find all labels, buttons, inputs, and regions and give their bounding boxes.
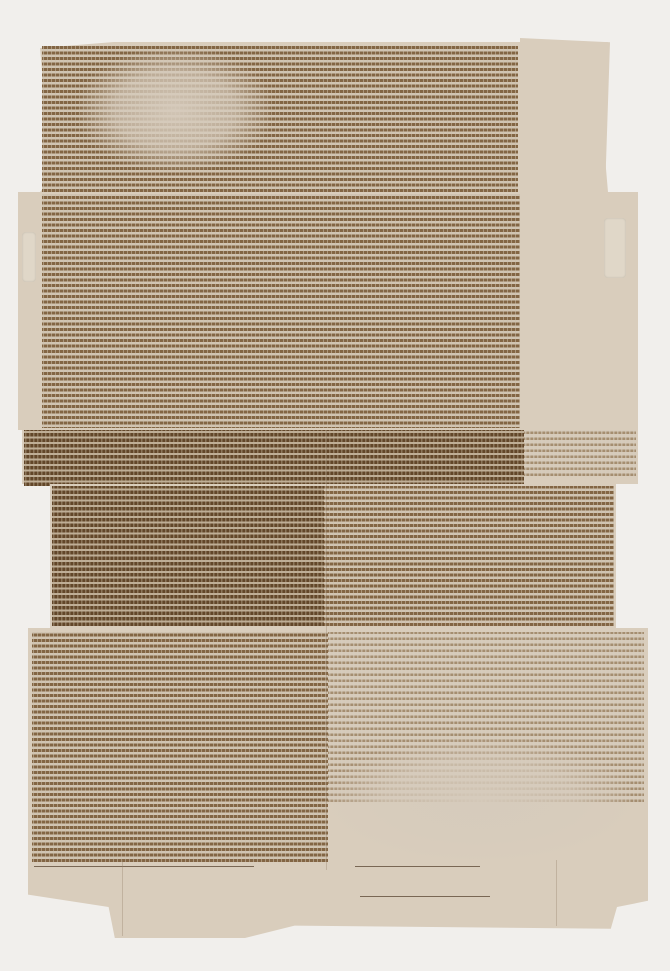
print-rule	[360, 896, 490, 897]
faded-area	[80, 50, 270, 170]
tape-right	[604, 218, 626, 278]
fold-line	[556, 860, 557, 926]
cardboard-right-tab-top	[520, 38, 610, 178]
tape-left	[22, 232, 36, 282]
fold-line	[326, 430, 327, 870]
print-top-right	[278, 46, 518, 192]
fold-line	[122, 860, 123, 936]
print-main-left	[42, 194, 282, 430]
print-middle-left	[52, 486, 324, 626]
print-rule	[34, 866, 254, 867]
faded-area-lower	[330, 740, 630, 860]
print-lower-left	[32, 632, 328, 862]
print-main-right	[282, 194, 520, 430]
print-middle-right	[324, 486, 614, 626]
print-dark-band	[24, 430, 524, 486]
print-rule	[355, 866, 480, 867]
print-band-right	[524, 430, 636, 476]
